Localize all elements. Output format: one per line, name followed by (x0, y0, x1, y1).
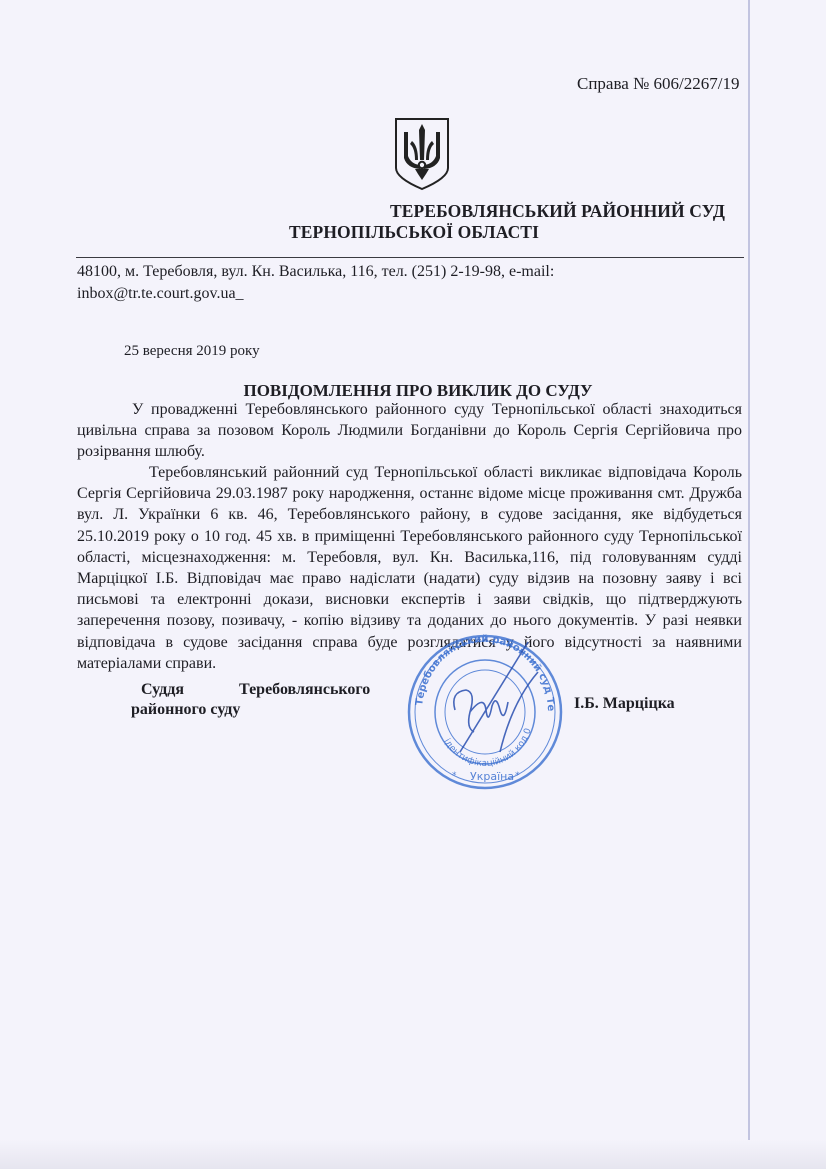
header-divider (76, 257, 744, 258)
case-number: Справа № 606/2267/19 (577, 74, 740, 94)
scan-bottom-shadow (0, 1140, 826, 1169)
svg-text:*: * (515, 771, 520, 781)
court-name-line2: ТЕРНОПІЛЬСЬКОЇ ОБЛАСТІ (289, 222, 539, 243)
notice-title: ПОВІДОМЛЕННЯ ПРО ВИКЛИК ДО СУДУ (0, 381, 826, 401)
judge-title-word: Суддя (131, 680, 239, 700)
address-line: 48100, м. Теребовля, вул. Кн. Василька, … (77, 261, 697, 283)
svg-text:Україна: Україна (470, 770, 514, 783)
svg-text:Теребовлянський районний суд Т: Теребовлянський районний суд Тернопільсь… (400, 632, 556, 712)
judge-title-line2: районного суду (131, 700, 370, 720)
document-date: 25 вересня 2019 року (124, 343, 260, 360)
paragraph-text: У провадженні Теребовлянського районного… (77, 399, 742, 463)
paragraph-1: У провадженні Теребовлянського районного… (77, 399, 742, 463)
court-name-line1: ТЕРЕБОВЛЯНСЬКИЙ РАЙОННИЙ СУД (390, 201, 725, 222)
judge-title: СуддяТеребовлянського районного суду (131, 680, 370, 720)
trident-emblem-icon (393, 116, 451, 192)
judge-name: І.Б. Марціцка (574, 695, 675, 713)
email-line: inbox@tr.te.court.gov.ua_ (77, 283, 697, 305)
court-seal-stamp-icon: Теребовлянський районний суд Тернопільсь… (400, 632, 570, 792)
court-address: 48100, м. Теребовля, вул. Кн. Василька, … (77, 261, 697, 305)
scan-fold-line (748, 0, 750, 1169)
document-page: Справа № 606/2267/19 ТЕРЕБОВЛЯНСЬКИЙ РАЙ… (0, 0, 826, 1169)
judge-title-word: Теребовлянського (239, 681, 370, 698)
svg-text:*: * (452, 771, 457, 781)
